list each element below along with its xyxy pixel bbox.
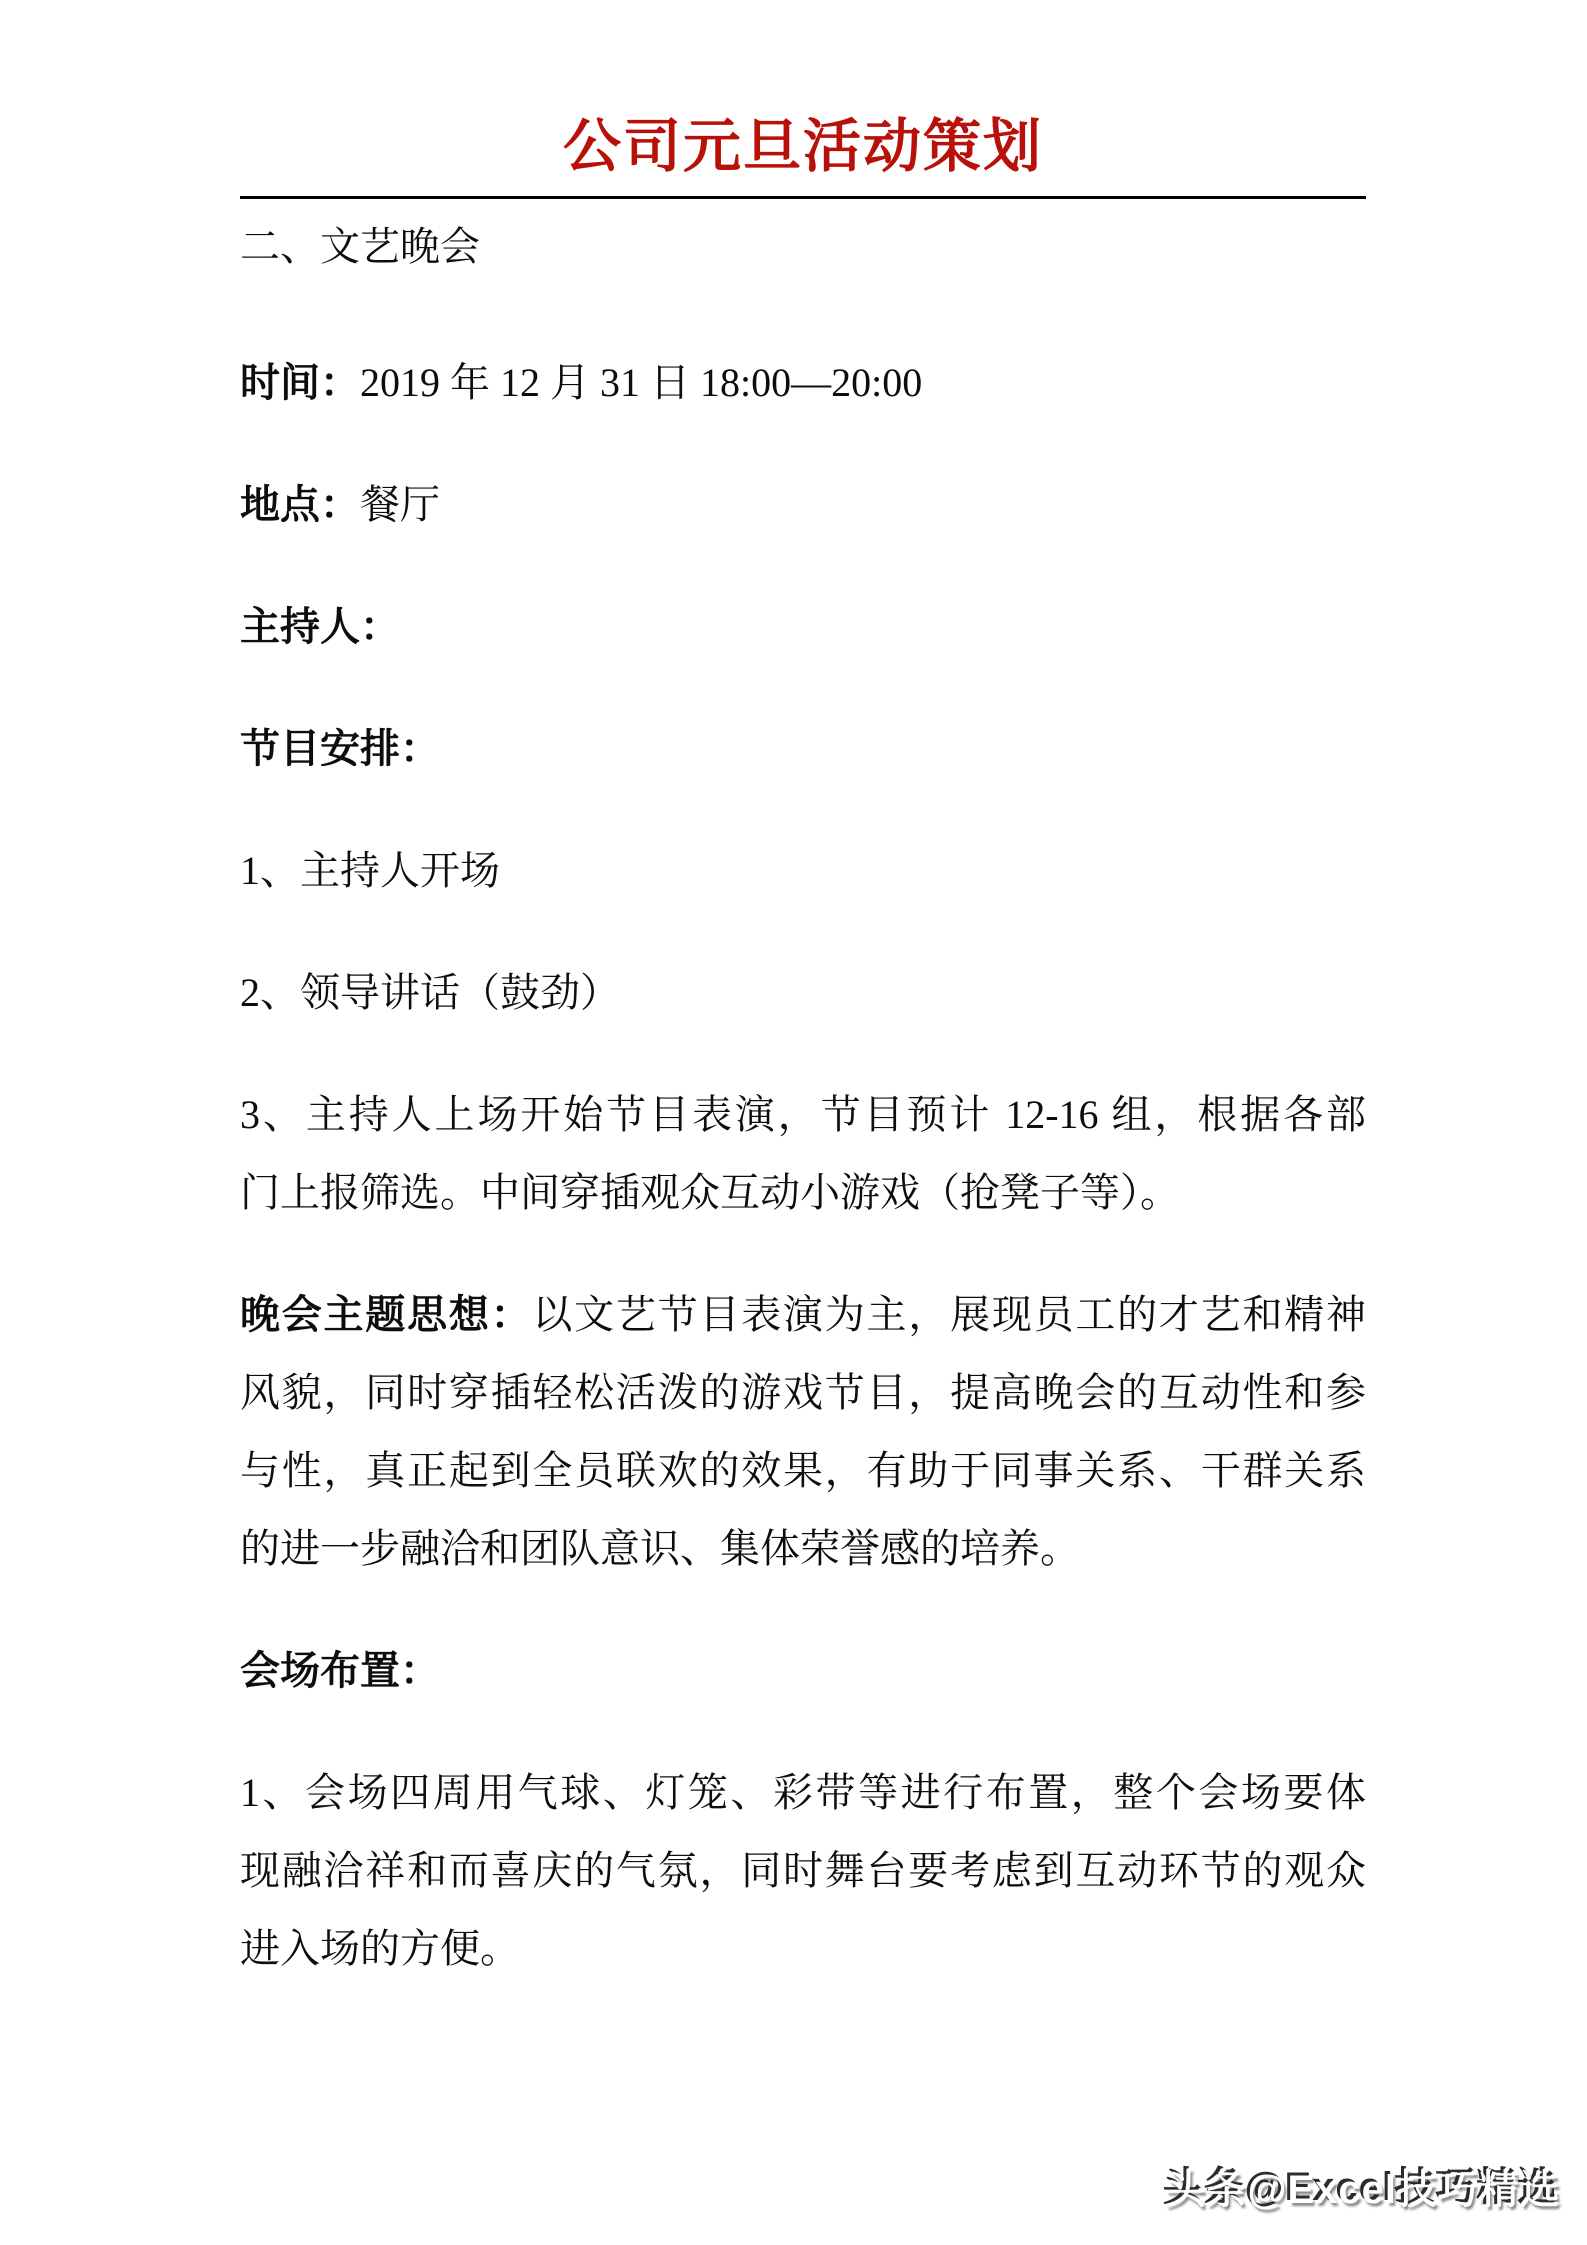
section-heading: 二、文艺晚会 — [240, 208, 1366, 286]
text-line: 进入场的方便。 — [240, 1910, 1366, 1988]
document-body: 二、文艺晚会 时间：2019 年 12 月 31 日 18:00—20:00地点… — [240, 199, 1366, 1988]
paragraph: 2、领导讲话（鼓劲） — [240, 954, 1366, 1032]
body-text: 门上报筛选。中间穿插观众互动小游戏（抢凳子等）。 — [240, 1170, 1180, 1215]
body-text: 的进一步融洽和团队意识、集体荣誉感的培养。 — [240, 1526, 1080, 1571]
body-text: 2019 年 12 月 31 日 18:00—20:00 — [360, 360, 922, 405]
text-line: 主持人： — [240, 588, 1366, 666]
body-text: 2、领导讲话（鼓劲） — [240, 970, 620, 1015]
body-text: 1、主持人开场 — [240, 848, 500, 893]
text-line: 风貌，同时穿插轻松活泼的游戏节目，提高晚会的互动性和参 — [240, 1354, 1366, 1432]
text-line: 门上报筛选。中间穿插观众互动小游戏（抢凳子等）。 — [240, 1154, 1366, 1232]
body-text: 餐厅 — [360, 482, 440, 527]
text-line: 2、领导讲话（鼓劲） — [240, 954, 1366, 1032]
text-line: 3、主持人上场开始节目表演，节目预计 12-16 组，根据各部 — [240, 1076, 1366, 1154]
paragraph: 地点：餐厅 — [240, 466, 1366, 544]
paragraph: 3、主持人上场开始节目表演，节目预计 12-16 组，根据各部门上报筛选。中间穿… — [240, 1076, 1366, 1232]
text-line: 地点：餐厅 — [240, 466, 1366, 544]
body-text: 与性，真正起到全员联欢的效果，有助于同事关系、干群关系 — [240, 1448, 1366, 1493]
field-label: 晚会主题思想： — [240, 1292, 532, 1337]
text-line: 与性，真正起到全员联欢的效果，有助于同事关系、干群关系 — [240, 1432, 1366, 1510]
text-line: 晚会主题思想：以文艺节目表演为主，展现员工的才艺和精神 — [240, 1276, 1366, 1354]
field-label: 节目安排： — [240, 726, 440, 771]
text-line: 的进一步融洽和团队意识、集体荣誉感的培养。 — [240, 1510, 1366, 1588]
text-line: 1、会场四周用气球、灯笼、彩带等进行布置，整个会场要体 — [240, 1754, 1366, 1832]
field-label: 主持人： — [240, 604, 400, 649]
watermark-text: 头条@Excel技巧精选 — [1165, 2158, 1561, 2215]
body-text: 以文艺节目表演为主，展现员工的才艺和精神 — [532, 1292, 1366, 1337]
field-label: 会场布置： — [240, 1648, 440, 1693]
paragraph: 晚会主题思想：以文艺节目表演为主，展现员工的才艺和精神风貌，同时穿插轻松活泼的游… — [240, 1276, 1366, 1588]
field-label: 地点： — [240, 482, 360, 527]
document-page: 公司元旦活动策划 二、文艺晚会 时间：2019 年 12 月 31 日 18:0… — [0, 0, 1587, 2245]
body-text: 1、会场四周用气球、灯笼、彩带等进行布置，整个会场要体 — [240, 1770, 1366, 1815]
field-label: 时间： — [240, 360, 360, 405]
paragraph: 时间：2019 年 12 月 31 日 18:00—20:00 — [240, 344, 1366, 422]
document-title: 公司元旦活动策划 — [240, 112, 1366, 182]
body-text: 3、主持人上场开始节目表演，节目预计 12-16 组，根据各部 — [240, 1092, 1366, 1137]
paragraph: 1、主持人开场 — [240, 832, 1366, 910]
paragraph: 1、会场四周用气球、灯笼、彩带等进行布置，整个会场要体现融洽祥和而喜庆的气氛，同… — [240, 1754, 1366, 1988]
body-text: 进入场的方便。 — [240, 1926, 520, 1971]
text-line: 1、主持人开场 — [240, 832, 1366, 910]
body-text: 现融洽祥和而喜庆的气氛，同时舞台要考虑到互动环节的观众 — [240, 1848, 1366, 1893]
text-line: 现融洽祥和而喜庆的气氛，同时舞台要考虑到互动环节的观众 — [240, 1832, 1366, 1910]
text-line: 会场布置： — [240, 1632, 1366, 1710]
paragraph: 主持人： — [240, 588, 1366, 666]
text-line: 时间：2019 年 12 月 31 日 18:00—20:00 — [240, 344, 1366, 422]
paragraph: 会场布置： — [240, 1632, 1366, 1710]
text-line: 节目安排： — [240, 710, 1366, 788]
paragraph: 节目安排： — [240, 710, 1366, 788]
body-text: 风貌，同时穿插轻松活泼的游戏节目，提高晚会的互动性和参 — [240, 1370, 1366, 1415]
